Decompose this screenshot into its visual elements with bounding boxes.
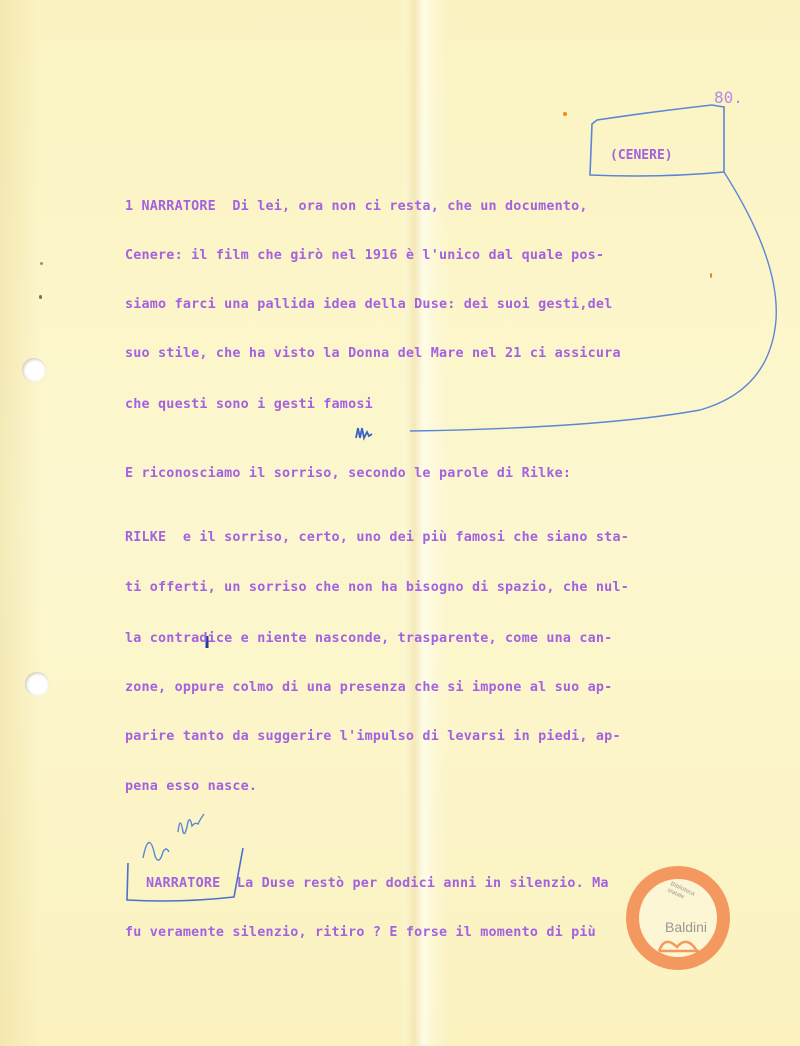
text-line-11: parire tanto da suggerire l'impulso di l… <box>125 729 621 744</box>
library-stamp: Biblioteca statale Baldini <box>626 866 730 970</box>
text-line-8: ti offerti, un sorriso che non ha bisogn… <box>125 580 629 595</box>
text-line-12: pena esso nasce. <box>125 779 257 794</box>
document-page: 80. (CENERE) 1 NARRATORE Di lei, ora non… <box>0 0 800 1046</box>
text-line-10: zone, oppure colmo di una presenza che s… <box>125 680 612 695</box>
signature-scribble <box>143 814 204 860</box>
speaker-box <box>127 848 243 901</box>
text-line-13: NARRATORE La Duse restò per dodici anni … <box>146 876 609 891</box>
book-icon <box>657 933 701 953</box>
initials-scribble <box>356 428 372 438</box>
text-line-14: fu veramente silenzio, ritiro ? E forse … <box>125 925 596 940</box>
text-line-3: siamo farci una pallida idea della Duse:… <box>125 297 612 312</box>
text-line-4: suo stile, che ha visto la Donna del Mar… <box>125 346 621 361</box>
text-line-5: che questi sono i gesti famosi <box>125 397 373 412</box>
text-line-7: RILKE e il sorriso, certo, uno dei più f… <box>125 530 629 545</box>
stamp-small-text: Biblioteca statale <box>666 881 708 911</box>
text-line-9: la contradice e niente nasconde, traspar… <box>125 631 612 646</box>
scene-title-box <box>590 105 724 176</box>
page-number: 80. <box>714 88 743 107</box>
scene-title: (CENERE) <box>610 148 673 163</box>
text-line-2: Cenere: il film che girò nel 1916 è l'un… <box>125 248 604 263</box>
text-line-6: E riconosciamo il sorriso, secondo le pa… <box>125 466 571 481</box>
text-line-1: 1 NARRATORE Di lei, ora non ci resta, ch… <box>125 199 588 214</box>
